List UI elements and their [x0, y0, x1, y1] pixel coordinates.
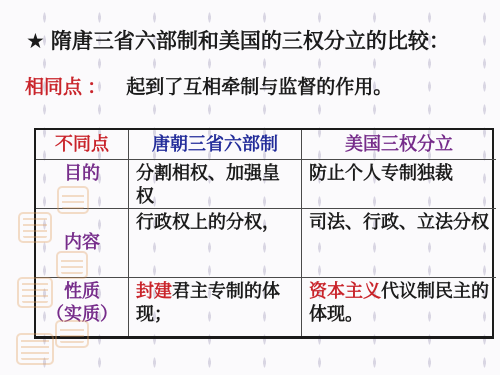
- row-label-purpose: 目的: [36, 160, 129, 209]
- page-title: ★隋唐三省六部制和美国的三权分立的比较：: [26, 25, 492, 55]
- cell-nature-usa: 资本主义代议制民主的体现。: [302, 278, 496, 336]
- table-header-usa: 美国三权分立: [302, 130, 496, 160]
- same-point-line: 相同点 ：起到了互相牵制与监督的作用。: [25, 72, 485, 99]
- page-title-text: 隋唐三省六部制和美国的三权分立的比较：: [51, 30, 450, 53]
- table-header-difference: 不同点: [36, 130, 129, 160]
- cell-purpose-usa: 防止个人专制独裁: [302, 160, 496, 209]
- row-label-nature-line1: 性质: [64, 280, 100, 303]
- row-label-content-text: 内容: [64, 231, 100, 254]
- comparison-table: 不同点 唐朝三省六部制 美国三权分立 目的 分割相权、加强皇权 防止个人专制独裁…: [34, 128, 494, 339]
- same-point-text: 起到了互相牵制与监督的作用。: [126, 77, 392, 98]
- same-point-label: 相同点 ：: [25, 77, 106, 98]
- cell-purpose-tang: 分割相权、加强皇权: [129, 160, 302, 209]
- star-icon: ★: [26, 30, 45, 53]
- cell-content-usa: 司法、行政、立法分权: [302, 209, 496, 278]
- slide: ★隋唐三省六部制和美国的三权分立的比较： 相同点 ：起到了互相牵制与监督的作用。…: [0, 0, 500, 375]
- cell-nature-tang-emphasis: 封建: [136, 281, 172, 301]
- cell-nature-usa-emphasis: 资本主义: [309, 281, 381, 301]
- table-header-tang: 唐朝三省六部制: [129, 130, 302, 160]
- row-label-nature: 性质 （实质）: [36, 278, 129, 336]
- row-label-purpose-text: 目的: [64, 162, 100, 185]
- row-label-content: 内容: [36, 209, 129, 278]
- cell-content-tang: 行政权上的分权，: [129, 209, 302, 278]
- row-label-nature-line2: （实质）: [46, 303, 118, 326]
- cell-nature-tang: 封建君主专制的体现；: [129, 278, 302, 336]
